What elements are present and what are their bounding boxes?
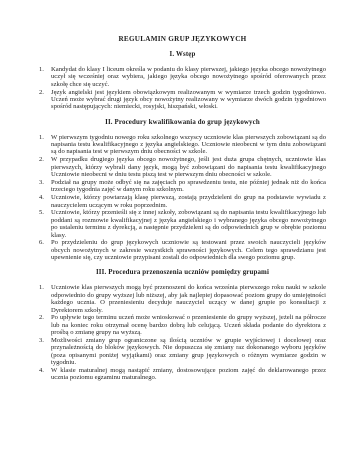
list-item: Język angielski jest językiem obowiązkow…: [39, 89, 326, 111]
document-page: REGULAMIN GRUP JĘZYKOWYCH I. Wstęp Kandy…: [0, 0, 360, 466]
list-item: Uczniowie, którzy powtarzają klasę pierw…: [39, 194, 326, 209]
list-item: Podział na grupy może odbyć się na zajęc…: [39, 179, 326, 194]
list-item: Kandydat do klasy I liceum określa w pod…: [39, 66, 326, 88]
section-heading-procedury-kwalifikowania: II. Procedury kwalifikowania do grup jęz…: [39, 119, 326, 127]
list-item: W klasie maturalnej mogą nastąpić zmiany…: [39, 367, 326, 382]
list-item: Uczniowie klas pierwszych mogą być przen…: [39, 284, 326, 313]
list-item: Możliwości zmiany grup ograniczone są il…: [39, 337, 326, 366]
section-heading-procedura-przenoszenia: III. Procedura przenoszenia uczniów pomi…: [39, 269, 326, 277]
section-procedury-kwalifikowania-list: W pierwszym tygodniu nowego roku szkolne…: [39, 134, 326, 262]
list-item: Uczniowie, którzy przenieśli się z innej…: [39, 209, 326, 238]
list-item: W przypadku drugiego języka obcego nowoż…: [39, 156, 326, 178]
list-item: W pierwszym tygodniu nowego roku szkolne…: [39, 134, 326, 156]
section-procedury-kwalifikowania: II. Procedury kwalifikowania do grup jęz…: [39, 119, 326, 262]
list-item: Po przydzieleniu do grup językowych uczn…: [39, 239, 326, 261]
section-wstep: I. Wstęp Kandydat do klasy I liceum okre…: [39, 51, 326, 111]
list-item: Po upływie tego terminu uczeń może wnios…: [39, 314, 326, 336]
section-wstep-list: Kandydat do klasy I liceum określa w pod…: [39, 66, 326, 111]
section-heading-wstep: I. Wstęp: [39, 51, 326, 59]
section-procedura-przenoszenia: III. Procedura przenoszenia uczniów pomi…: [39, 269, 326, 381]
document-title: REGULAMIN GRUP JĘZYKOWYCH: [39, 35, 326, 43]
section-procedura-przenoszenia-list: Uczniowie klas pierwszych mogą być przen…: [39, 284, 326, 381]
